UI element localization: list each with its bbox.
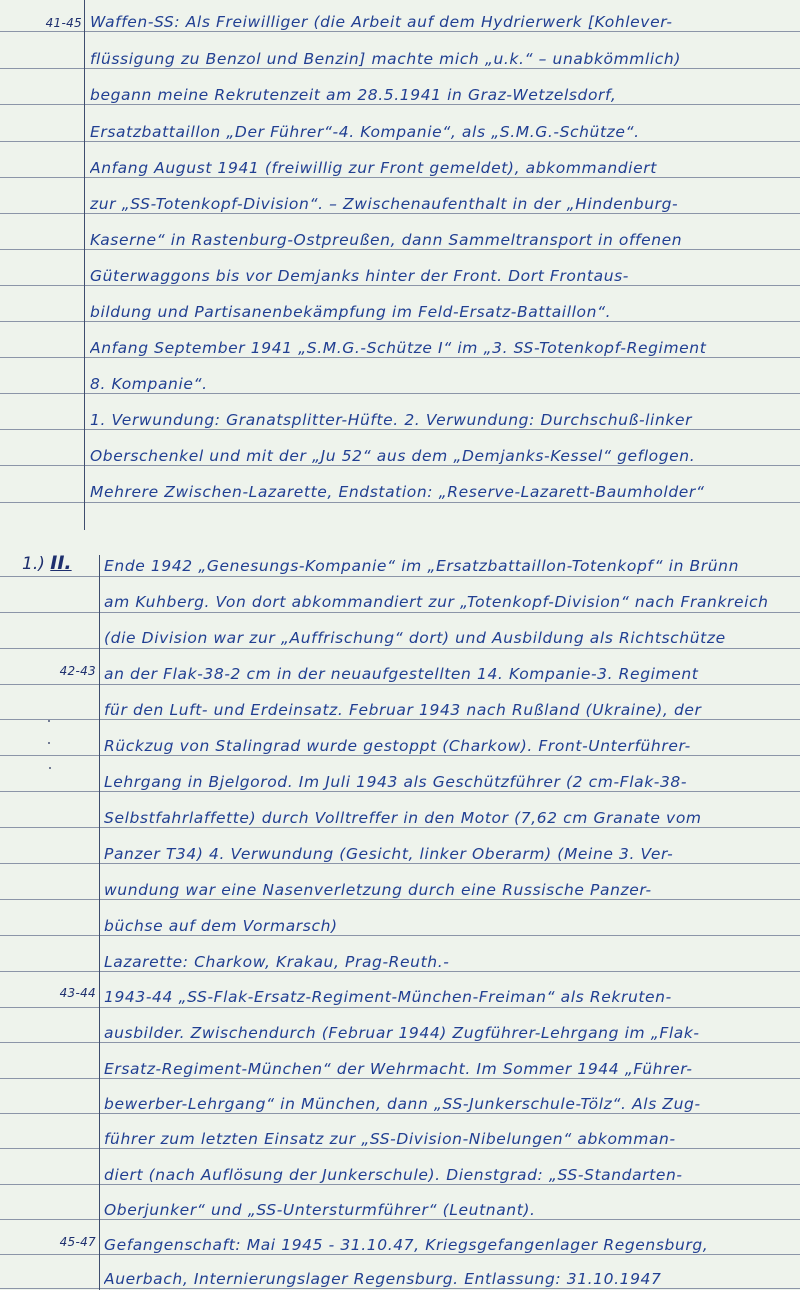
text-line: flüssigung zu Benzol und Benzin] machte … <box>90 49 800 69</box>
year-range-label: 43-44 <box>40 986 96 1000</box>
section-number: 1.) <box>22 554 45 574</box>
text-line: begann meine Rekrutenzeit am 28.5.1941 i… <box>90 85 800 105</box>
text-line: Anfang August 1941 (freiwillig zur Front… <box>90 158 800 178</box>
rule-line <box>0 1007 800 1008</box>
text-line: Mehrere Zwischen-Lazarette, Endstation: … <box>90 482 800 502</box>
section-marker: 1.) II. <box>22 552 72 574</box>
text-line: Ende 1942 „Genesungs-Kompanie“ im „Ersat… <box>104 556 800 576</box>
text-line: Rückzug von Stalingrad wurde gestoppt (C… <box>104 736 800 756</box>
text-line: Oberjunker“ und „SS-Untersturmführer“ (L… <box>104 1200 800 1220</box>
rule-line <box>0 648 800 649</box>
rule-line <box>0 576 800 577</box>
rule-line <box>0 684 800 685</box>
year-range-label: 45-47 <box>40 1235 96 1249</box>
margin-line-lower <box>99 555 100 1290</box>
text-line: 1. Verwundung: Granatsplitter-Hüfte. 2. … <box>90 410 800 430</box>
text-line: für den Luft- und Erdeinsatz. Februar 19… <box>104 700 800 720</box>
text-line: 1943-44 „SS-Flak-Ersatz-Regiment-München… <box>104 987 800 1007</box>
margin-line-upper <box>84 0 85 530</box>
text-line: Waffen-SS: Als Freiwilliger (die Arbeit … <box>90 12 800 32</box>
text-line: an der Flak-38-2 cm in der neuaufgestell… <box>104 664 800 684</box>
text-line: Anfang September 1941 „S.M.G.-Schütze I“… <box>90 338 800 358</box>
text-line: Selbstfahrlaffette) durch Volltreffer in… <box>104 808 800 828</box>
text-line: büchse auf dem Vormarsch) <box>104 916 800 936</box>
text-line: ausbilder. Zwischendurch (Februar 1944) … <box>104 1023 800 1043</box>
text-line: Panzer T34) 4. Verwundung (Gesicht, link… <box>104 844 800 864</box>
text-line: Lehrgang in Bjelgorod. Im Juli 1943 als … <box>104 772 800 792</box>
text-line: Lazarette: Charkow, Krakau, Prag-Reuth.- <box>104 952 800 972</box>
year-range-label: 42-43 <box>40 664 96 678</box>
text-line: wundung war eine Nasenverletzung durch e… <box>104 880 800 900</box>
rule-line <box>0 502 800 503</box>
notebook-page: 41-45 Waffen-SS: Als Freiwilliger (die A… <box>0 0 800 1290</box>
text-line: Gefangenschaft: Mai 1945 - 31.10.47, Kri… <box>104 1235 800 1255</box>
text-line: (die Division war zur „Auffrischung“ dor… <box>104 628 800 648</box>
margin-dot <box>49 767 51 769</box>
text-line: Güterwaggons bis vor Demjanks hinter der… <box>90 266 800 286</box>
text-line: am Kuhberg. Von dort abkommandiert zur „… <box>104 592 800 612</box>
text-line: zur „SS-Totenkopf-Division“. – Zwischena… <box>90 194 800 214</box>
margin-dot <box>48 742 50 744</box>
text-line: Oberschenkel und mit der „Ju 52“ aus dem… <box>90 446 800 466</box>
text-line: bildung und Partisanenbekämpfung im Feld… <box>90 302 800 322</box>
text-line: Ersatzbattaillon „Der Führer“-4. Kompani… <box>90 122 800 142</box>
section-roman-numeral: II. <box>50 552 71 574</box>
year-range-label: 41-45 <box>30 16 82 30</box>
text-line: Kaserne“ in Rastenburg-Ostpreußen, dann … <box>90 230 800 250</box>
text-line: Ersatz-Regiment-München“ der Wehrmacht. … <box>104 1059 800 1079</box>
text-line: führer zum letzten Einsatz zur „SS-Divis… <box>104 1129 800 1149</box>
text-line: 8. Kompanie“. <box>90 374 800 394</box>
text-line: Auerbach, Internierungslager Regensburg.… <box>104 1269 800 1289</box>
text-line: diert (nach Auflösung der Junkerschule).… <box>104 1165 800 1185</box>
margin-dot <box>48 720 50 722</box>
text-line: bewerber-Lehrgang“ in München, dann „SS-… <box>104 1094 800 1114</box>
rule-line <box>0 612 800 613</box>
